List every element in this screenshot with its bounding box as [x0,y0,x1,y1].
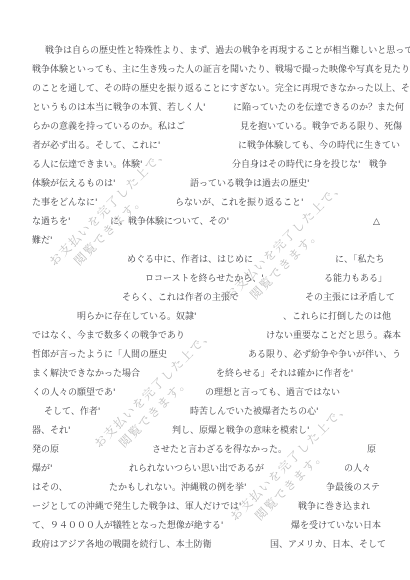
text-segment: のことを通して、その時の歴史を振り返ることにすぎない。完全に再現できなかった以上… [32,83,410,96]
text-segment: 原 [367,444,376,457]
text-segment: △ [373,216,380,229]
text-segment: 、これらに打倒したのは他 [283,311,391,324]
text-segment: けない重要なことだと思う。森本 [266,330,401,343]
text-line: 戦争体験といっても、主に生き残った人の証言を聞いたり、戦場で撮った映像や写真を見… [0,61,410,80]
text-segment: 爆を受けていない日本 [291,520,381,533]
document-page: 戦争は自らの歴史性と特殊性より、まず、過去の戦争を再現することが相当難しいと思っ… [0,0,410,580]
text-segment: その主張には矛盾して [305,292,395,305]
text-segment: そらく、これは作者の主張で [122,292,239,305]
text-segment: る能力もある」 [324,273,387,286]
text-line: そして、作者'時苦しんでいた被爆者たちの心' [0,403,410,422]
text-segment: くの人々の願望であ' [32,387,115,400]
text-segment: 者が必ず出る。そして、これに' [32,140,160,153]
text-segment: 戦争体験といっても、主に生き残った人の証言を聞いたり、戦場で撮った映像や写真を見… [32,64,410,77]
text-segment: ではなく、今まで数多くの戦争であり [32,330,185,343]
text-line: めぐる中に、作者は、はじめにに、「私たち [0,251,410,270]
text-segment: そして、作者' [44,406,100,419]
text-line: そらく、これは作者の主張でその主張には矛盾して [0,289,410,308]
text-line: 難だ' [0,232,410,251]
text-segment: らないが、これを振り返ること' [175,197,303,210]
text-segment: の理想と言っても、過言ではない [205,387,340,400]
text-segment: を終らせる」それは確かに作者を' [216,368,353,381]
text-line: 体験が伝えるものは'語っている戦争は過去の歴史' [0,175,410,194]
text-line: はその、たかもしれない。沖縄戦の例を挙'争最後のステ [0,479,410,498]
text-segment: 爆が' [32,463,52,476]
text-segment: 器、それ' [32,425,70,438]
text-segment: 分自身はその時代に身を投じな' [232,159,360,172]
text-segment: ロコーストを終らせたから、' [145,273,264,286]
text-segment: に、戦争体験について、その' [110,216,229,229]
text-segment: たかもしれない。沖縄戦の例を挙' [109,482,246,495]
text-line: のことを通して、その時の歴史を振り返ることにすぎない。完全に再現できなかった以上… [0,80,410,99]
text-segment: 難だ' [32,235,52,248]
text-line: というものは本当に戦争の本質、若しく人'に陥っていたのを伝達できるのか？また何 [0,99,410,118]
text-line: まく解決できなかった場合を終らせる」それは確かに作者を' [0,365,410,384]
text-segment: 争最後のステ [326,482,380,495]
text-line: た事をどんなに'らないが、これを振り返ること' [0,194,410,213]
text-line: ロコーストを終らせたから、'る能力もある」 [0,270,410,289]
text-segment: 語っている戦争は過去の歴史' [190,178,309,191]
text-segment: 国、アメリカ、日本、そして [270,539,386,552]
text-segment: まく解決できなかった場合 [32,368,140,381]
text-segment: というものは本当に戦争の本質、若しく人' [32,102,205,115]
text-segment: 戦争 [369,159,387,172]
text-segment: に戦争体験しても、今の時代に生きてい [238,140,400,153]
document-text-layer: 戦争は自らの歴史性と特殊性より、まず、過去の戦争を再現することが相当難しいと思っ… [0,0,410,580]
text-line: な過ちを'に、戦争体験について、その'△ [0,213,410,232]
text-segment: 時苦しんでいた被爆者たちの心' [190,406,318,419]
text-segment: な過ちを' [32,216,70,229]
text-line: る人に伝達できまい。体験'分自身はその時代に身を投じな'戦争 [0,156,410,175]
text-segment: 体験が伝えるものは' [32,178,115,191]
text-line: らかの意義を持っているのか。私はご見を抱いている。戦争である限り、死傷 [0,118,410,137]
text-segment: はその、 [32,482,68,495]
text-segment: 明らかに存在している。奴隷' [77,311,196,324]
text-segment: に陥っていたのを伝達できるのか？また何 [233,102,404,115]
text-segment: ージとしての沖縄で発生した戦争は、軍人だけでは' [32,501,241,514]
text-line: 者が必ず出る。そして、これに'に戦争体験しても、今の時代に生きてい [0,137,410,156]
text-segment: 発の原 [32,444,59,457]
text-line: 爆が'れられないつらい思い出であるがの人々 [0,460,410,479]
text-segment: 戦争は自らの歴史性と特殊性より、まず、過去の戦争を再現することが相当難しいと思っ… [45,45,410,58]
text-segment: 判し、原爆と戦争の意味を模索し' [172,425,309,438]
text-line: 政府はアジア各地の戦闘を続行し、本土防衛国、アメリカ、日本、そして [0,536,410,555]
text-line: ージとしての沖縄で発生した戦争は、軍人だけでは'戦争に巻き込まれ [0,498,410,517]
text-segment: 戦争に巻き込まれ [298,501,370,514]
text-line: くの人々の願望であ'の理想と言っても、過言ではない [0,384,410,403]
text-segment: らかの意義を持っているのか。私はご [32,121,185,134]
text-segment: させたと言わざるを得なかった。 [152,444,287,457]
text-segment: 見を抱いている。戦争である限り、死傷 [240,121,402,134]
text-line: 器、それ'判し、原爆と戦争の意味を模索し' [0,422,410,441]
text-line: 発の原させたと言わざるを得なかった。原 [0,441,410,460]
text-segment: て、９４０００人が犠牲となった想像が絶する' [32,520,223,533]
text-segment: れられないつらい思い出であるが [129,463,264,476]
text-line: 哲郎が言ったように「人間の歴史ある限り、必ず紛争や争いが伴い、う [0,346,410,365]
text-segment: 哲郎が言ったように「人間の歴史 [32,349,167,362]
text-segment: る人に伝達できまい。体験' [32,159,142,172]
text-segment: めぐる中に、作者は、はじめに [127,254,253,267]
text-line: ではなく、今まで数多くの戦争でありけない重要なことだと思う。森本 [0,327,410,346]
text-segment: 政府はアジア各地の戦闘を続行し、本土防衛 [32,539,212,552]
text-line: て、９４０００人が犠牲となった想像が絶する'爆を受けていない日本 [0,517,410,536]
text-line: 戦争は自らの歴史性と特殊性より、まず、過去の戦争を再現することが相当難しいと思っ… [0,42,410,61]
text-segment: ある限り、必ず紛争や争いが伴い、う [248,349,401,362]
text-line: 明らかに存在している。奴隷'、これらに打倒したのは他 [0,308,410,327]
text-segment: た事をどんなに' [32,197,97,210]
text-segment: の人々 [344,463,371,476]
text-segment: に、「私たち [335,254,385,267]
